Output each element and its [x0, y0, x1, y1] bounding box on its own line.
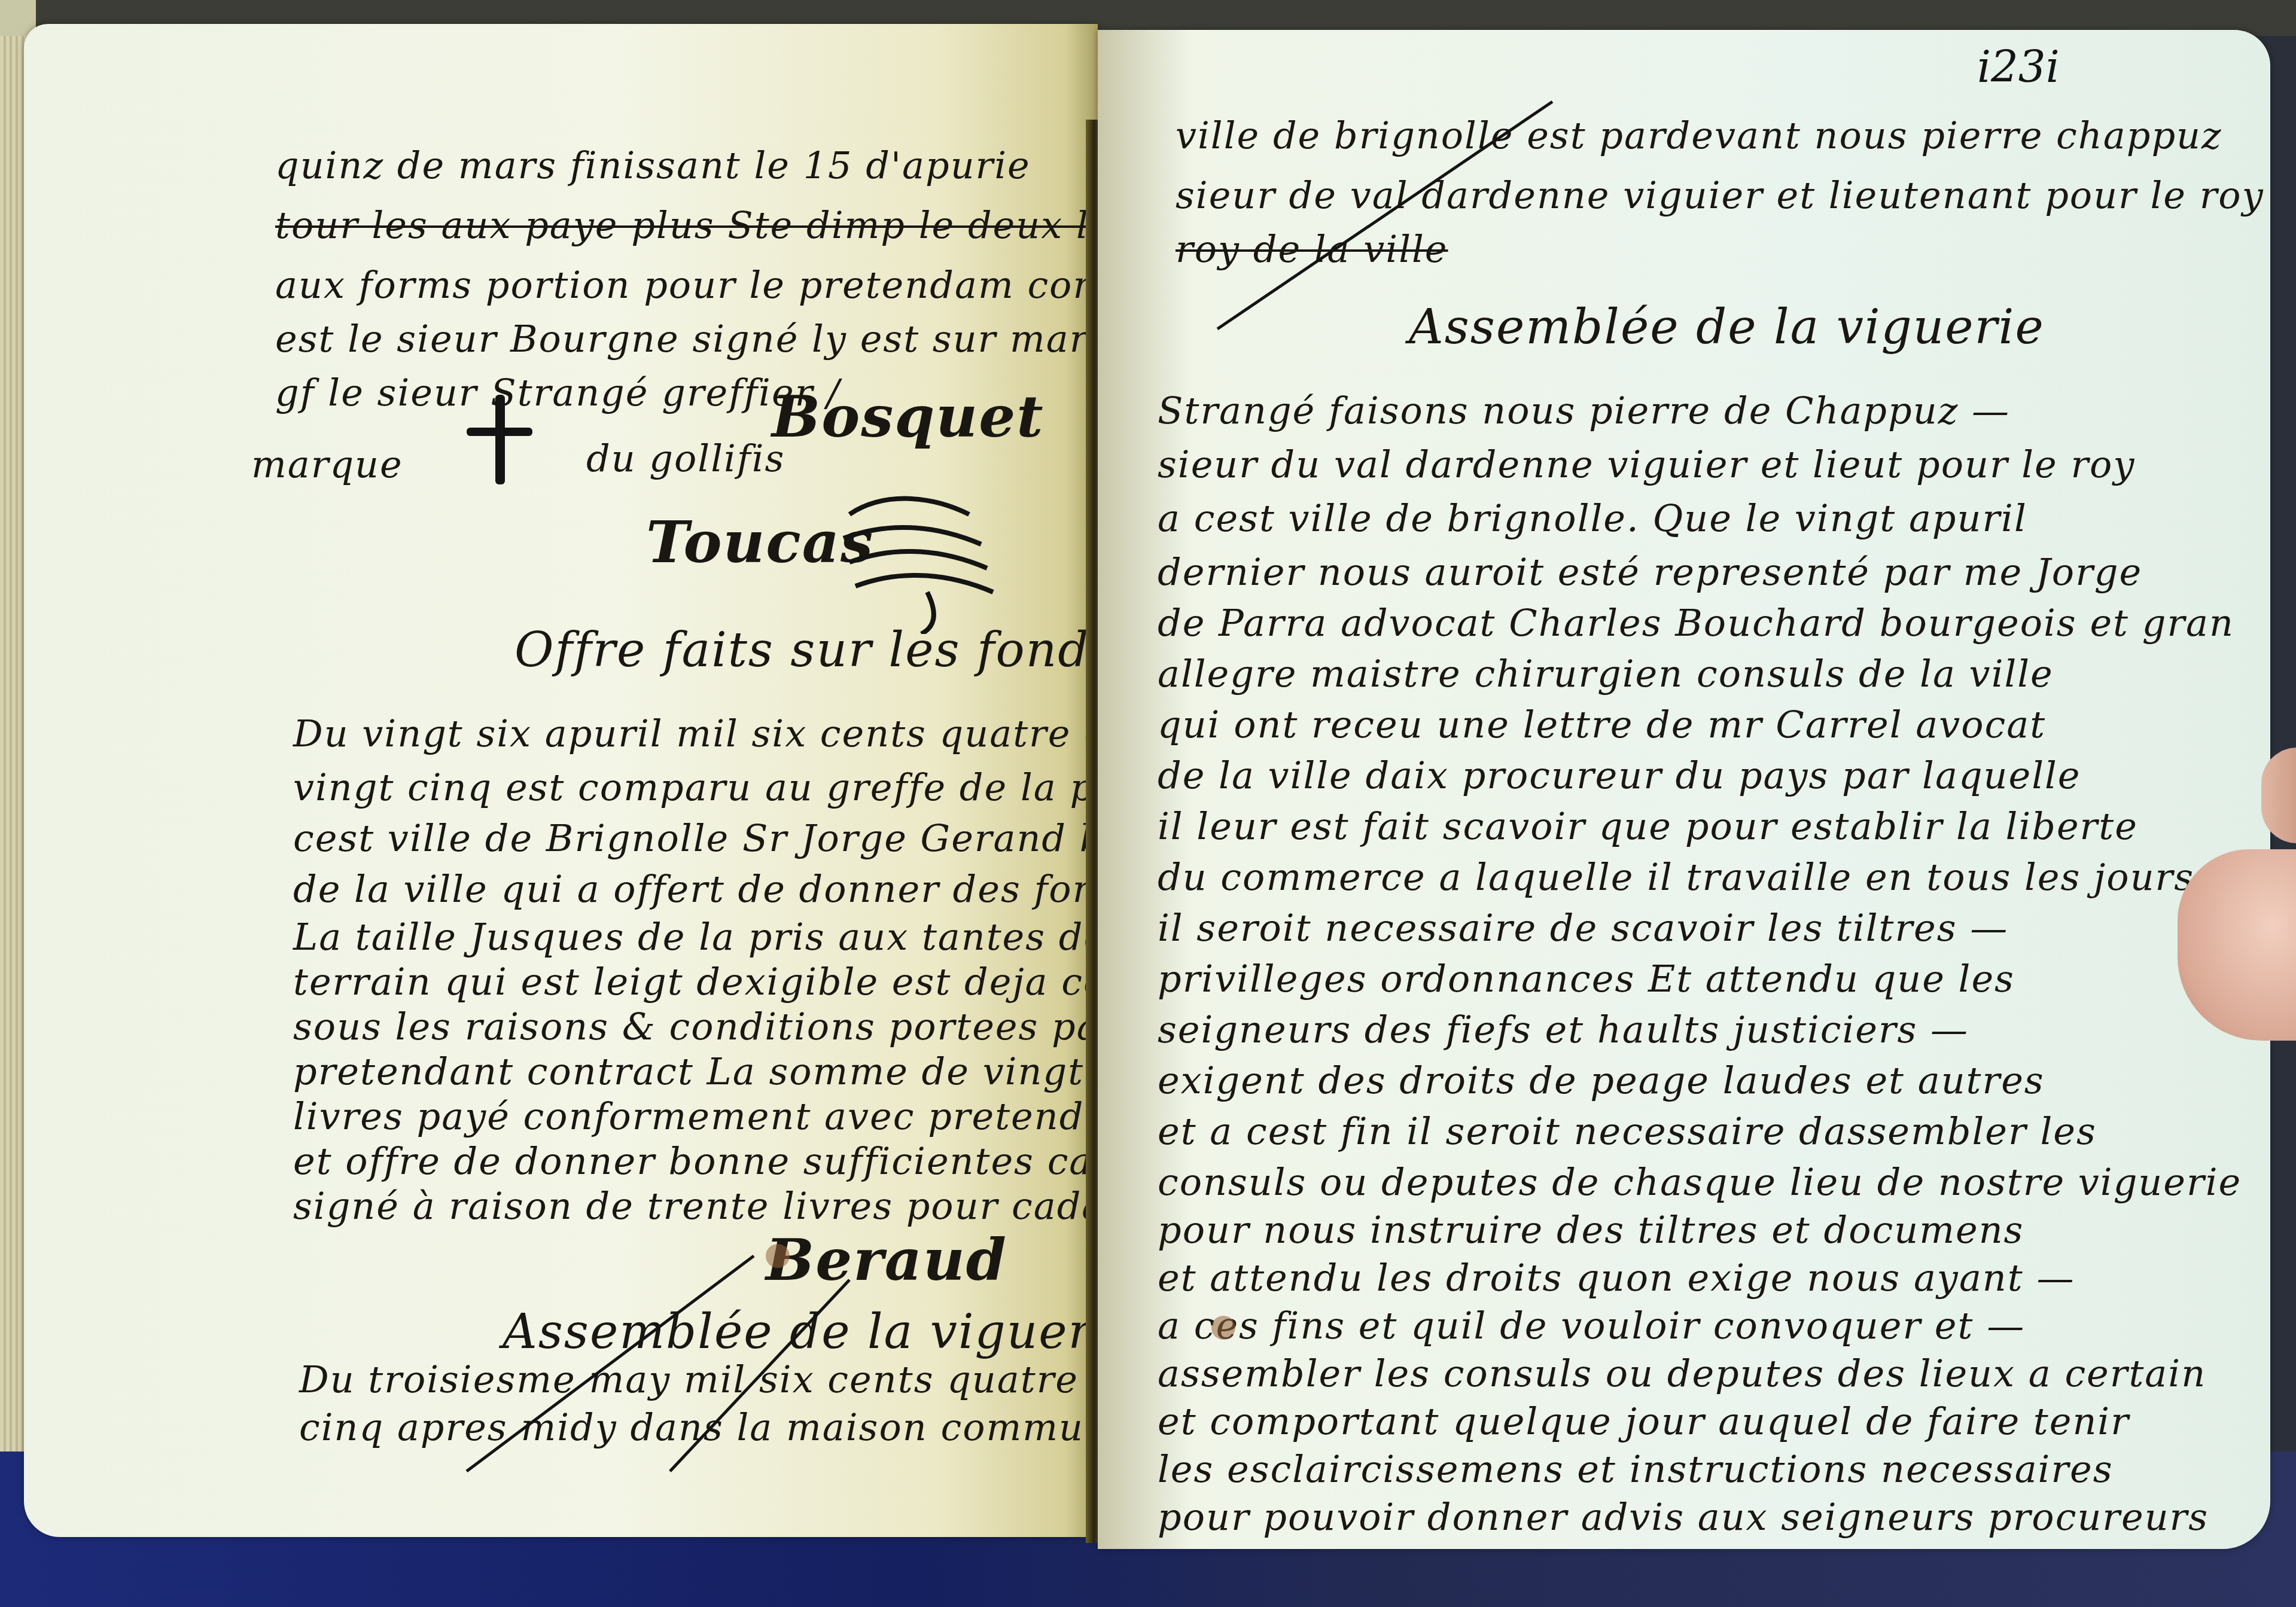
left-top-line-5: gf le sieur Strangé greffier /	[275, 371, 841, 414]
right-para-line-3: a cest ville de brignolle. Que le vingt …	[1158, 496, 2027, 540]
para1-line-11: signé à raison de trente livres pour cad…	[293, 1184, 1183, 1228]
right-para-line-17: pour nous instruire des tiltres et docum…	[1158, 1208, 2024, 1252]
para1-line-7: sous les raisons & conditions portees pa…	[293, 1005, 1168, 1048]
right-para-line-14: exigent des droits de peage laudes et au…	[1158, 1059, 2045, 1102]
right-para-line-12: privilleges ordonnances Et attendu que l…	[1158, 957, 2015, 1001]
right-para-line-10: du commerce a laquelle il travaille en t…	[1158, 855, 2194, 899]
left-top-line-4: est le sieur Bourgne signé ly est sur ma…	[275, 317, 1137, 361]
left-page: quinz de mars finissant le 15 d'apurie t…	[24, 24, 1098, 1537]
left-top-line-2: tour les aux paye plus Ste dimp le deux …	[275, 203, 1187, 247]
right-para-line-11: il seroit necessaire de scavoir les tilt…	[1158, 906, 2008, 950]
right-para-line-13: seigneurs des fiefs et haults justiciers…	[1158, 1008, 1969, 1051]
right-para-line-15: et a cest fin il seroit necessaire dasse…	[1158, 1109, 2097, 1153]
right-para-line-4: dernier nous auroit esté representé par …	[1158, 550, 2142, 594]
right-para-line-8: de la ville daix procureur du pays par l…	[1158, 754, 2081, 797]
ink-stain	[1211, 1316, 1235, 1340]
margin-word-marque: marque	[251, 443, 403, 486]
right-para-line-21: et comportant quelque jour auquel de fai…	[1158, 1399, 2130, 1443]
right-para-line-22: les esclaircissemens et instructions nec…	[1158, 1447, 2114, 1491]
cross-mark-icon	[467, 395, 532, 484]
right-para-line-6: allegre maistre chirurgien consuls de la…	[1158, 652, 2054, 696]
right-para-line-5: de Parra advocat Charles Bouchard bourge…	[1158, 601, 2234, 645]
page-number: i23i	[1977, 42, 2060, 92]
right-para-line-9: il leur est fait scavoir que pour establ…	[1158, 804, 2138, 848]
right-para-line-7: qui ont receu une lettre de mr Carrel av…	[1158, 703, 2046, 746]
right-para-line-19: a ces fins et quil de vouloir convoquer …	[1158, 1304, 2025, 1347]
right-para-line-18: et attendu les droits quon exige nous ay…	[1158, 1256, 2075, 1300]
right-para-line-16: consuls ou deputes de chasque lieu de no…	[1158, 1160, 2242, 1204]
signature-bosquet: Bosquet	[772, 383, 1045, 450]
right-para-line-1: Strangé faisons nous pierre de Chappuz —	[1158, 389, 2010, 432]
cancellation-strokes-icon	[443, 1244, 861, 1483]
right-para-line-20: assembler les consuls ou deputes des lie…	[1158, 1352, 2206, 1395]
para1-line-1: Du vingt six apuril mil six cents quatre…	[293, 712, 1122, 755]
right-para-line-23: pour pouvoir donner advis aux seigneurs …	[1158, 1495, 2209, 1539]
right-para-line-2: sieur du val dardenne viguier et lieut p…	[1158, 443, 2135, 486]
right-page: i23i ville de brignolle est pardevant no…	[1098, 30, 2270, 1549]
cross-annotation: du gollifis	[586, 437, 785, 480]
left-top-line-3: aux forms portion pour le pretendam cont…	[275, 263, 1173, 307]
signature-flourish-icon	[838, 478, 1017, 634]
left-top-line-1: quinz de mars finissant le 15 d'apurie	[275, 144, 1031, 187]
heading-assemblee-viguerie: Assemblée de la viguerie	[1409, 299, 2045, 355]
